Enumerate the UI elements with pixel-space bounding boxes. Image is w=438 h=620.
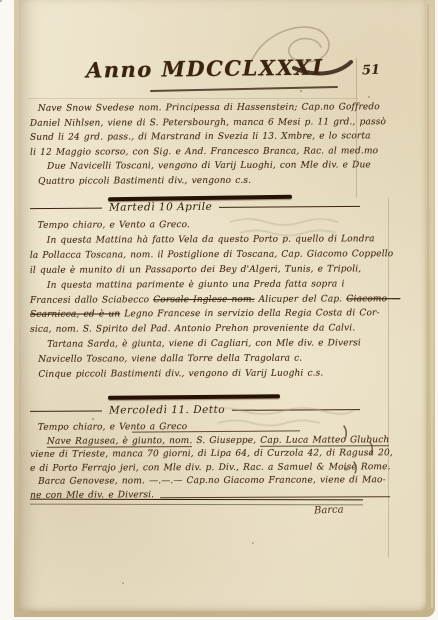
ink-speckles bbox=[0, 0, 2, 2]
show-through-text bbox=[225, 214, 365, 240]
margin-pen-marks bbox=[332, 420, 402, 480]
entry-line-corrected: Francesi dallo Sciabecco Corsale Inglese… bbox=[30, 292, 390, 308]
catchword: Barca bbox=[314, 504, 344, 516]
divider-rule-right bbox=[219, 205, 360, 207]
closing-rule bbox=[160, 496, 390, 498]
divider-rule-left bbox=[30, 207, 102, 209]
entry-line: Cinque piccoli Bastimenti div., vengono … bbox=[30, 366, 390, 382]
entry-line: il quale è munito di un Passaporto dei B… bbox=[30, 262, 390, 278]
entry-text: Francesi dallo Sciabecco bbox=[30, 295, 153, 306]
entry-paragraph-martedi: Tempo chiaro, e Vento a Greco. In questa… bbox=[30, 217, 391, 383]
binding-gutter bbox=[8, 0, 20, 620]
struck-text: Corsale Inglese nom. bbox=[153, 294, 254, 304]
entry-line: Nave Snow Svedese nom. Principessa di Ha… bbox=[30, 100, 390, 116]
slip-edge bbox=[28, 98, 356, 99]
entry-line: Tartana Sarda, è giunta, viene di Caglia… bbox=[30, 336, 390, 352]
entry-line: Navicello Toscano, viene dalla Torre del… bbox=[30, 351, 390, 367]
page-end-rule bbox=[30, 499, 363, 506]
entry-line: la Pollacca Toscana, nom. il Postiglione… bbox=[30, 247, 390, 263]
entry-line: In questa mattina parimente è giunto una… bbox=[30, 277, 390, 293]
divider-rule-left bbox=[30, 410, 102, 411]
year-title: Anno MDCCLXXXI bbox=[86, 55, 324, 83]
underlined-text: Nave Ragusea, è giunto, nom. bbox=[47, 436, 192, 448]
entry-line: Due Navicelli Toscani, vengono di Varij … bbox=[30, 159, 390, 175]
entry-line: Daniel Nihlsen, viene di S. Petersbourgh… bbox=[30, 115, 390, 131]
entry-line: li 12 Maggio scorso, con Sig. e And. Fra… bbox=[30, 144, 390, 160]
manuscript-scan: Anno MDCCLXXXI 51 Nave Snow Svedese nom.… bbox=[0, 0, 438, 620]
page-edge-line bbox=[431, 8, 433, 608]
entry-line: Quattro piccoli Bastimenti div., vengono… bbox=[30, 173, 390, 189]
page-edge-line bbox=[427, 4, 429, 610]
entry-line-corrected: Scarnicca, ed è un Legno Francese in ser… bbox=[30, 307, 390, 323]
struck-text: Scarnicca, ed è un bbox=[30, 310, 120, 320]
entry-text: S. Giuseppe, bbox=[192, 435, 260, 445]
struck-text: Giacomo — bbox=[346, 294, 400, 304]
entry-paragraph-intro: Nave Snow Svedese nom. Principessa di Ha… bbox=[30, 100, 390, 189]
entry-line: Sund li 24 grd. pass., di Marstrand in S… bbox=[30, 129, 390, 145]
date-heading: Martedì 10 Aprile bbox=[109, 201, 212, 214]
page-number: 51 bbox=[362, 63, 381, 79]
entry-line: sica, nom. S. Spirito del Pad. Antonio P… bbox=[30, 322, 390, 338]
date-divider-martedi: Martedì 10 Aprile bbox=[30, 200, 360, 214]
entry-text: Alicuper del Cap. bbox=[255, 294, 347, 304]
entry-text: Legno Francese in servizio della Regia C… bbox=[120, 309, 379, 320]
